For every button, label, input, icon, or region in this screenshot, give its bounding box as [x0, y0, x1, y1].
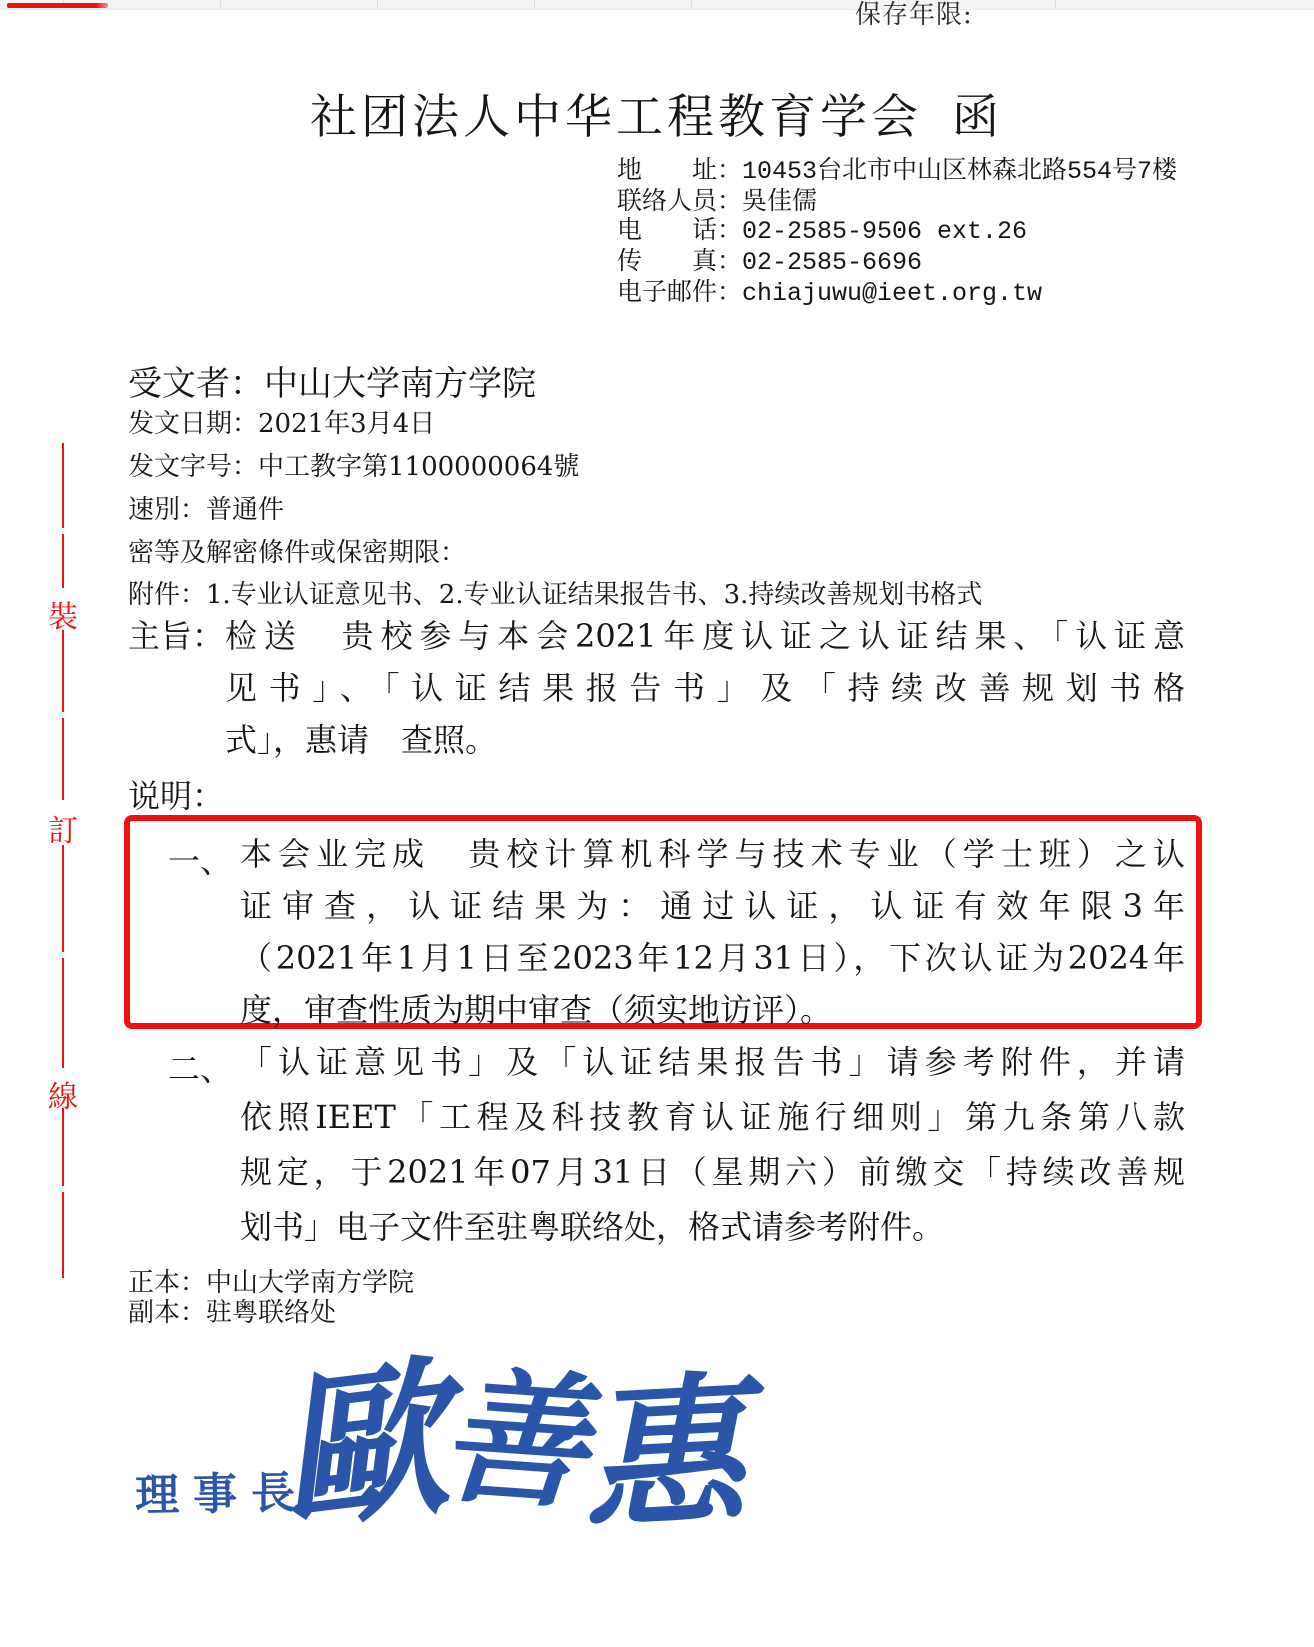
- recipient-line: 受文者：中山大学南方学院: [128, 356, 536, 405]
- contact-block: 地 址：10453台北市中山区林森北路554号7楼 联络人员：吳佳儒 电 话：0…: [617, 155, 1177, 308]
- ref-number-line: 发文字号：中工教字第1100000064號: [128, 446, 579, 483]
- binding-char-zhuang: 裝: [46, 592, 80, 636]
- attachments-line: 附件：1.专业认证意见书、2.专业认证结果报告书、3.持续改善规划书格式: [128, 574, 982, 611]
- signature-char-3: 惠: [578, 1370, 748, 1540]
- address-label: 地 址：: [617, 155, 742, 184]
- item1-line-2: 证审查，认证结果为：通过认证，认证有效年限3年: [240, 888, 1185, 924]
- binding-line-segment: [62, 1192, 64, 1278]
- strip-tick: [691, 0, 692, 9]
- binding-line-segment: [62, 958, 64, 1068]
- contact-phone-row: 电 话：02-2585-9506 ext.26: [617, 215, 1177, 246]
- person-label: 联络人员：: [617, 186, 742, 215]
- person-value: 吳佳儒: [742, 186, 817, 215]
- issue-date-line: 发文日期：2021年3月4日: [128, 403, 435, 440]
- subject-line-3: 式」，惠请 查照。: [225, 722, 497, 758]
- binding-line-segment: [62, 630, 64, 712]
- binding-line-segment: [62, 845, 64, 952]
- address-value: 10453台北市中山区林森北路554号7楼: [742, 157, 1177, 186]
- org-name: 社团法人中华工程教育学会: [310, 90, 922, 145]
- strip-tick: [534, 0, 535, 9]
- contact-person-row: 联络人员：吳佳儒: [617, 186, 1177, 215]
- subject-line-1: 检送 贵校参与本会2021年度认证之认证结果、「认证意: [225, 618, 1185, 654]
- binding-line-segment: [62, 718, 64, 800]
- item2-marker: 二、: [168, 1044, 232, 1090]
- chairman-signature: 歐善惠: [278, 1362, 744, 1530]
- strip-tick: [1055, 0, 1056, 9]
- item2-line-4: 划书」电子文件至驻粤联络处，格式请参考附件。: [240, 1209, 944, 1245]
- email-label: 电子邮件：: [617, 277, 742, 306]
- binding-line-segment: [62, 443, 64, 528]
- strip-tick: [220, 0, 221, 9]
- strip-tick: [377, 0, 378, 9]
- binding-char-ding: 訂: [46, 806, 80, 850]
- fax-label: 传 真：: [617, 246, 742, 275]
- document-title: 社团法人中华工程教育学会函: [310, 80, 1003, 147]
- retention-label: 保存年限:: [855, 0, 973, 31]
- phone-label: 电 话：: [617, 215, 742, 244]
- contact-email-row: 电子邮件：chiajuwu@ieet.org.tw: [617, 277, 1177, 308]
- explanation-label: 说明：: [128, 778, 224, 814]
- contact-address-row: 地 址：10453台北市中山区林森北路554号7楼: [617, 155, 1177, 186]
- red-progress-bar: [7, 3, 108, 8]
- item1-marker: 一、: [168, 836, 232, 882]
- subject-label: 主旨：: [128, 618, 224, 654]
- item2-line-1: 「认证意见书」及「认证结果报告书」请参考附件，并请: [240, 1044, 1185, 1080]
- signature-char-2: 善: [436, 1363, 592, 1519]
- item2-line-2: 依照IEET「工程及科技教育认证施行细则」第九条第八款: [240, 1099, 1185, 1135]
- signature-char-1: 歐: [268, 1352, 455, 1539]
- item1-line-4: 度，审查性质为期中审查（须实地访评）。: [240, 992, 832, 1028]
- contact-fax-row: 传 真：02-2585-6696: [617, 246, 1177, 277]
- speed-line: 速別：普通件: [128, 489, 284, 526]
- binding-line-segment: [62, 534, 64, 588]
- phone-value: 02-2585-9506 ext.26: [742, 217, 1027, 246]
- secrecy-line: 密等及解密條件或保密期限：: [128, 532, 466, 569]
- subject-line-2: 见书」、「认证结果报告书」及「持续改善规划书格: [225, 670, 1185, 706]
- doc-type: 函: [952, 90, 1003, 145]
- cc-copy-line: 副本：驻粤联络处: [128, 1292, 336, 1329]
- binding-line-segment: [62, 1108, 64, 1186]
- binding-char-xian: 線: [46, 1072, 80, 1116]
- item1-line-1: 本会业完成 贵校计算机科学与技术专业（学士班）之认: [240, 836, 1185, 872]
- document-page: { "colors": { "accent_red": "#ee1212", "…: [0, 0, 1314, 1647]
- top-strip: [0, 0, 1314, 10]
- email-value: chiajuwu@ieet.org.tw: [742, 279, 1042, 308]
- fax-value: 02-2585-6696: [742, 248, 922, 277]
- item2-line-3: 规定，于2021年07月31日（星期六）前缴交「持续改善规: [240, 1154, 1185, 1190]
- item1-line-3: （2021年1月1日至2023年12月31日），下次认证为2024年: [240, 940, 1185, 976]
